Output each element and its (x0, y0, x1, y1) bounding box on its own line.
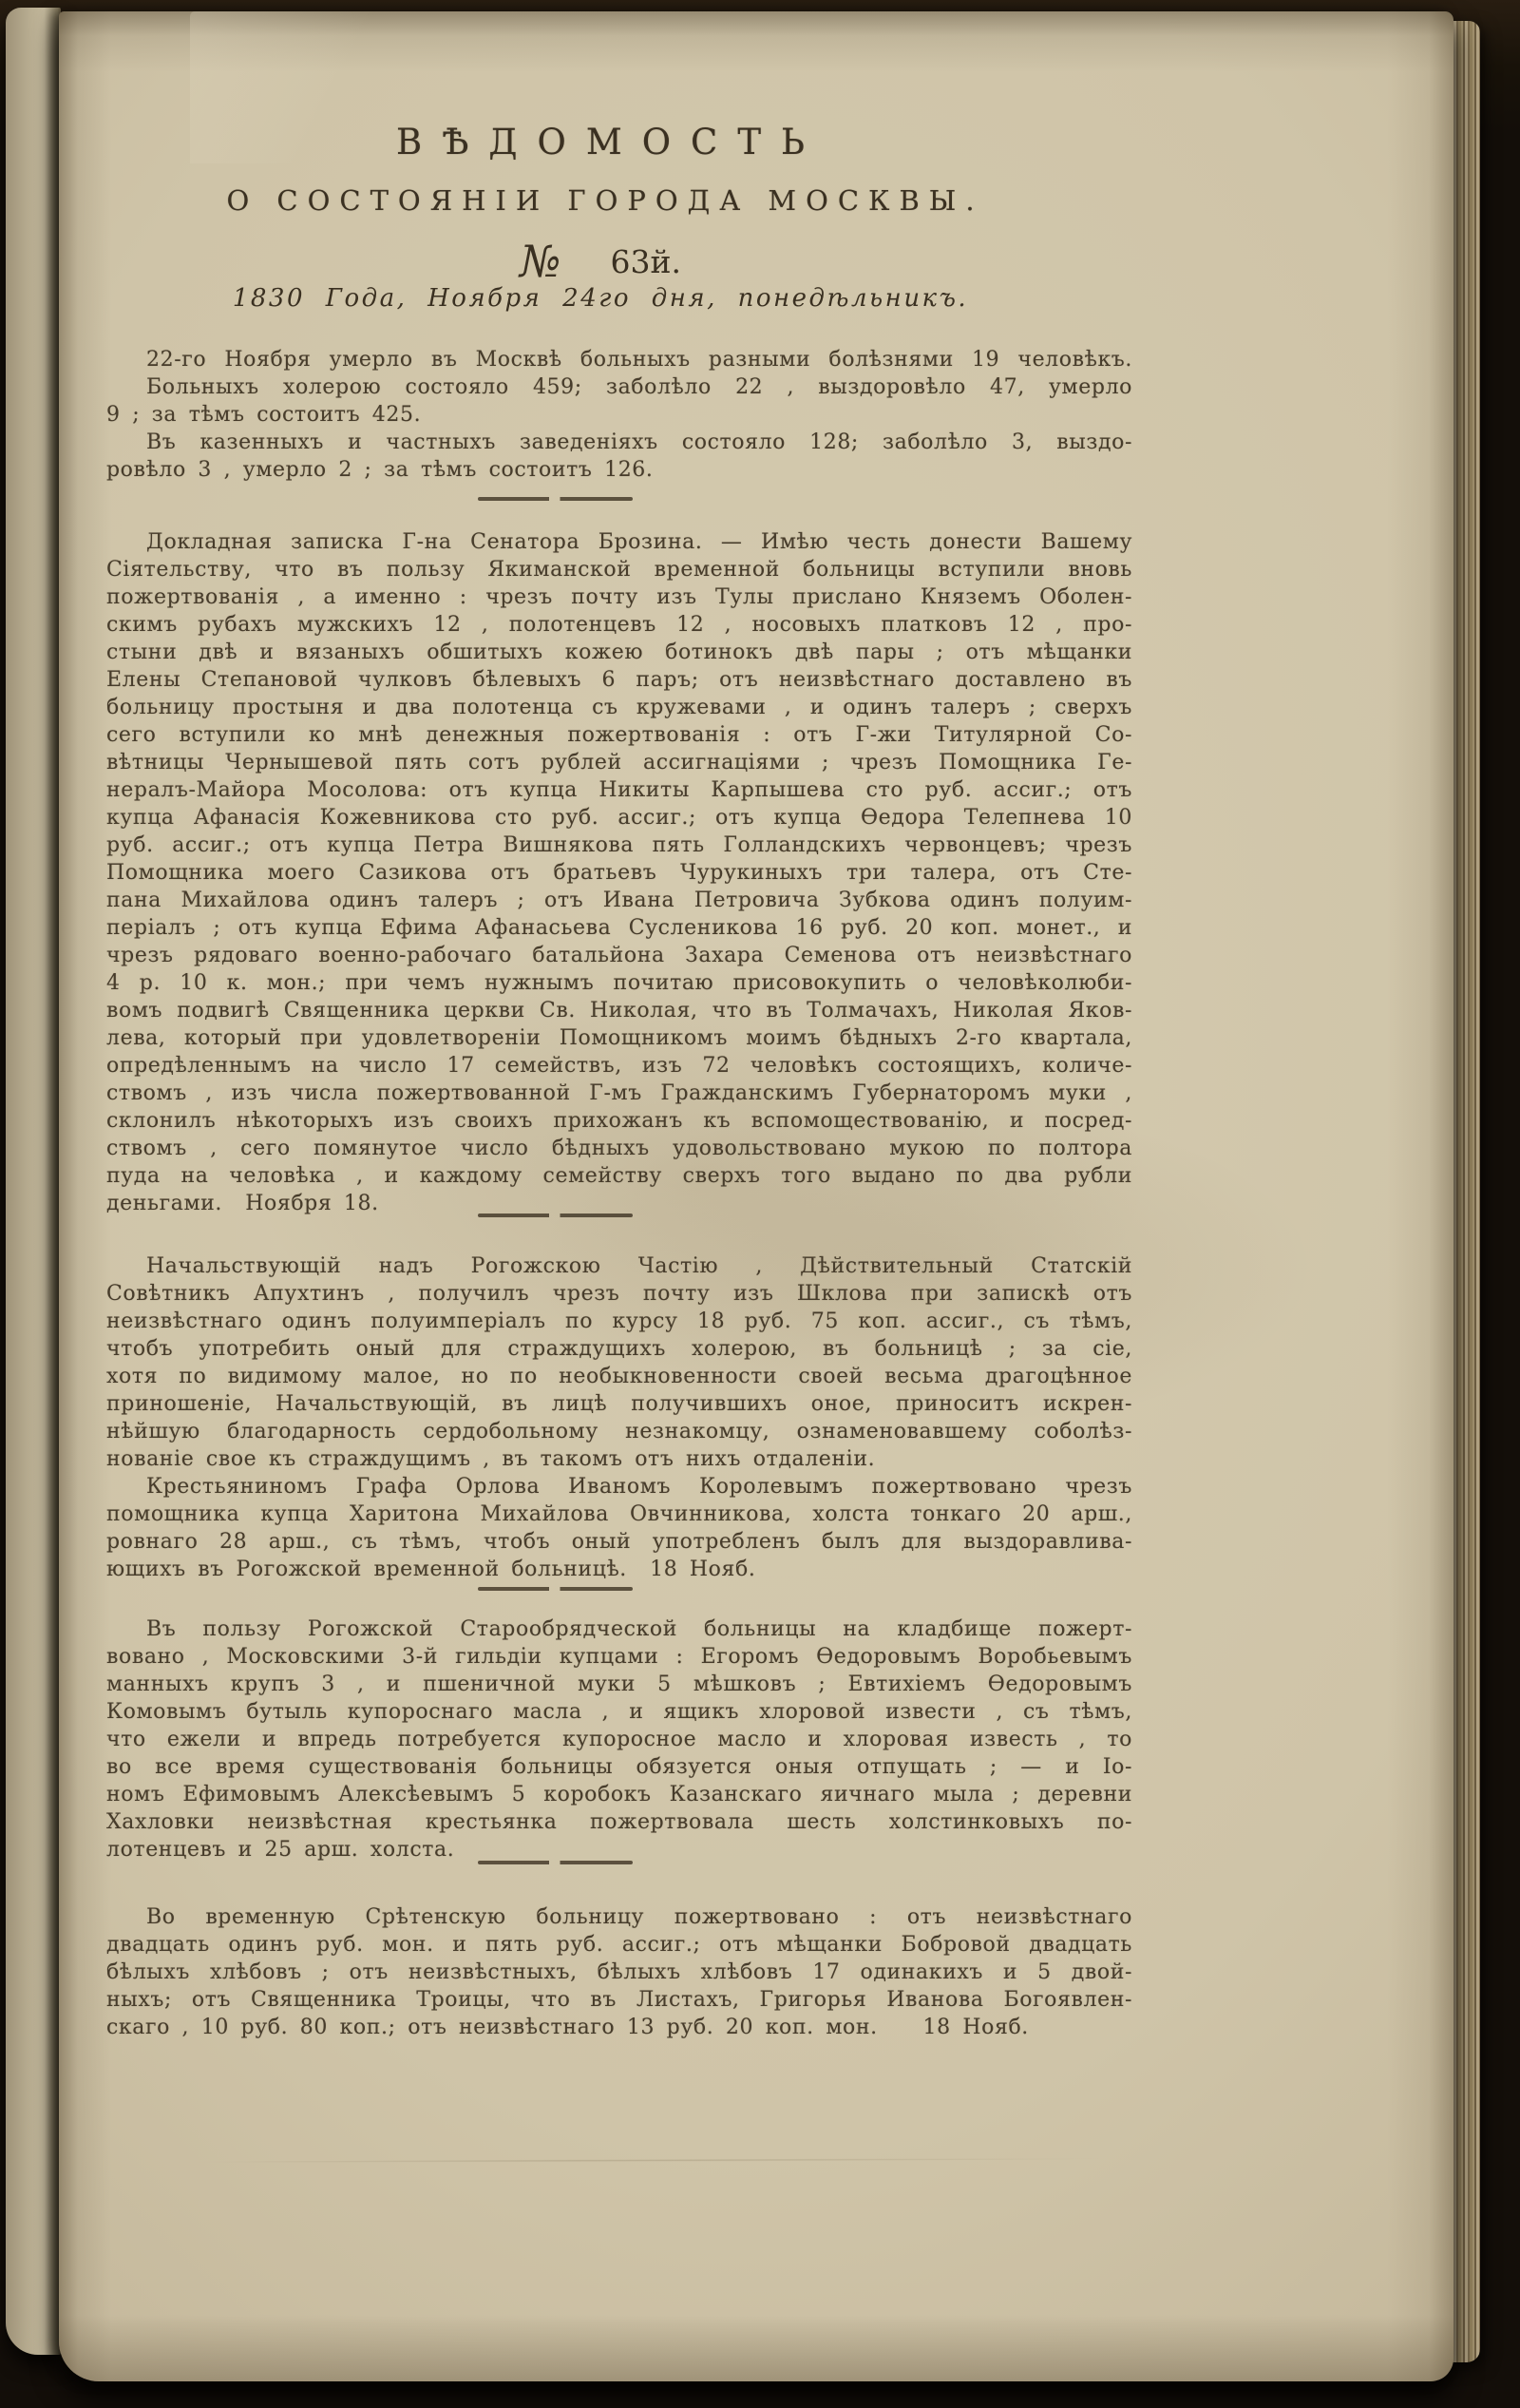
issue-line: №63й. (106, 232, 1094, 283)
text-line: манныхъ крупъ 3 , и пшеничной муки 5 мѣш… (106, 1671, 1132, 1698)
text-line: лотенцевъ и 25 арш. холста. (106, 1836, 1132, 1863)
text-line: ровнаго 28 арш., съ тѣмъ, чтобъ оный упо… (106, 1528, 1132, 1556)
text-line: Въ казенныхъ и частныхъ заведеніяхъ сост… (106, 429, 1132, 456)
text-line: склонилъ нѣкоторыхъ изъ своихъ прихожанъ… (106, 1107, 1132, 1135)
text-line: Хахловки неизвѣстная крестьянка пожертво… (106, 1808, 1132, 1836)
text-line: Больныхъ холерою состояло 459; заболѣло … (106, 373, 1132, 401)
text-line: Сіятельству, что въ пользу Якиманской вр… (106, 556, 1132, 583)
paragraph-rogozhskaya-district-apukhtin: Начальствующій надъ Рогожскою Частію , Д… (106, 1252, 1132, 1583)
text-line: 22-го Ноября умерло въ Москвѣ больныхъ р… (106, 346, 1132, 373)
text-line: ныхъ; отъ Священника Троицы, что въ Лист… (106, 1986, 1132, 2014)
text-line: Помощника моего Сазикова отъ братьевъ Чу… (106, 859, 1132, 887)
text-line: во все время существованія больницы обяз… (106, 1753, 1132, 1781)
text-line: Начальствующій надъ Рогожскою Частію , Д… (106, 1252, 1132, 1280)
text-line: неизвѣстнаго одинъ полуимперіалъ по курс… (106, 1308, 1132, 1335)
text-line: что ежели и впредь потребуется купоросно… (106, 1726, 1132, 1753)
text-line: пожертвованія , а именно : чрезъ почту и… (106, 583, 1132, 611)
text-line: больницу простыня и два полотенца съ кру… (106, 694, 1132, 721)
text-line: двадцать одинъ руб. мон. и пять руб. асс… (106, 1931, 1132, 1959)
text-line: опредѣленнымъ на число 17 семействъ, изъ… (106, 1052, 1132, 1080)
text-line: чтобъ употребить оный для страждущихъ хо… (106, 1335, 1132, 1363)
text-line: стыни двѣ и вязаныхъ обшитыхъ кожею боти… (106, 639, 1132, 666)
paragraph-rogozhskaya-old-believer-hospital: Въ пользу Рогожской Старообрядческой бол… (106, 1615, 1132, 1863)
text-line: сего вступили ко мнѣ денежныя пожертвова… (106, 721, 1132, 749)
text-line: Елены Степановой чулковъ бѣлевыхъ 6 паръ… (106, 666, 1132, 694)
paragraph-sretenskaya-hospital: Во временную Срѣтенскую больницу пожертв… (106, 1903, 1132, 2041)
text-line: хотя по видимому малое, но по необыкнове… (106, 1363, 1132, 1390)
text-line: скимъ рубахъ мужскихъ 12 , полотенцевъ 1… (106, 611, 1132, 639)
text-line: ровѣло 3 , умерло 2 ; за тѣмъ состоитъ 1… (106, 456, 1132, 484)
text-line: Докладная записка Г-на Сенатора Брозина.… (106, 528, 1132, 556)
issue-number: 63й. (611, 243, 681, 280)
text-line: руб. ассиг.; отъ купца Петра Вишнякова п… (106, 831, 1132, 859)
text-line: помощника купца Харитона Михайлова Овчин… (106, 1500, 1132, 1528)
text-line: бѣлыхъ хлѣбовъ ; отъ неизвѣстныхъ, бѣлых… (106, 1959, 1132, 1986)
text-line: чрезъ рядоваго военно-рабочаго батальйон… (106, 942, 1132, 969)
section-divider (478, 1861, 633, 1864)
text-line: нералъ-Майора Мосолова: отъ купца Никиты… (106, 776, 1132, 804)
text-line: нованіе свое къ страждущимъ , въ такомъ … (106, 1445, 1132, 1473)
paragraph-daily-statistics: 22-го Ноября умерло въ Москвѣ больныхъ р… (106, 346, 1132, 484)
text-line: вѣтницы Чернышевой пять сотъ рублей асси… (106, 749, 1132, 776)
text-line: вовано , Московскими 3-й гильдіи купцами… (106, 1643, 1132, 1671)
date-line: 1830 Года, Ноября 24го дня, понедѣльникъ… (106, 284, 1094, 313)
text-line: нѣйшую благодарность сердобольному незна… (106, 1418, 1132, 1445)
paragraph-senator-brozin-report: Докладная записка Г-на Сенатора Брозина.… (106, 528, 1132, 1217)
masthead-title: ВѢДОМОСТЬ (106, 122, 1094, 162)
text-line: Крестьяниномъ Графа Орлова Иваномъ Корол… (106, 1473, 1132, 1500)
section-divider (478, 1587, 633, 1591)
text-line: ющихъ въ Рогожской временной больницѣ. 1… (106, 1556, 1132, 1583)
text-line: 4 р. 10 к. мон.; при чемъ нужнымъ почита… (106, 969, 1132, 997)
masthead-subtitle: О СОСТОЯНІИ ГОРОДА МОСКВЫ. (106, 184, 1094, 217)
text-line: періалъ ; отъ купца Ефима Афанасьева Сус… (106, 914, 1132, 942)
text-line: пана Михайлова одинъ талеръ ; отъ Ивана … (106, 887, 1132, 914)
text-line: ствомъ , сего помянутое число бѣдныхъ уд… (106, 1135, 1132, 1162)
text-line: лева, который при удовлетвореніи Помощни… (106, 1024, 1132, 1052)
numero-sign: № (520, 236, 561, 287)
adjacent-page-edge (6, 8, 61, 2355)
photo-background: ВѢДОМОСТЬ О СОСТОЯНІИ ГОРОДА МОСКВЫ. №63… (0, 0, 1520, 2408)
text-line: Совѣтникъ Апухтинъ , получилъ чрезъ почт… (106, 1280, 1132, 1308)
text-line: Комовымъ бутыль купороснаго масла , и ящ… (106, 1698, 1132, 1726)
text-line: пуда на человѣка , и каждому семейству с… (106, 1162, 1132, 1190)
text-line: приношеніе, Начальствующій, въ лицѣ полу… (106, 1390, 1132, 1418)
text-line: номъ Ефимовымъ Алексѣевымъ 5 коробокъ Ка… (106, 1781, 1132, 1808)
text-line: вомъ подвигѣ Священника церкви Св. Никол… (106, 997, 1132, 1024)
text-line: купца Афанасія Кожевникова сто руб. асси… (106, 804, 1132, 831)
text-line: скаго , 10 руб. 80 коп.; отъ неизвѣстнаг… (106, 2014, 1132, 2041)
text-line: Въ пользу Рогожской Старообрядческой бол… (106, 1615, 1132, 1643)
section-divider (478, 497, 633, 501)
text-line: ствомъ , изъ числа пожертвованной Г-мъ Г… (106, 1080, 1132, 1107)
text-line: Во временную Срѣтенскую больницу пожертв… (106, 1903, 1132, 1931)
text-line: 9 ; за тѣмъ состоитъ 425. (106, 401, 1132, 429)
section-divider (478, 1214, 633, 1217)
